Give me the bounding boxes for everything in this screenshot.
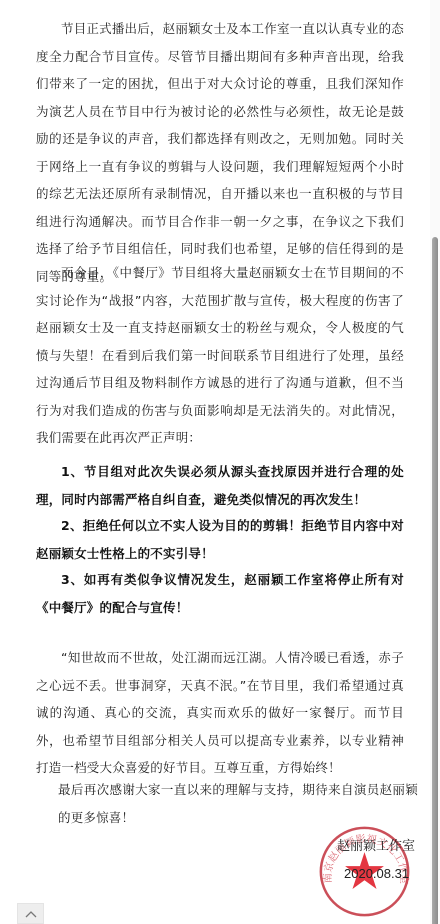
signature-date: 2020.08.31 [344,866,409,881]
statement-item-1: 1、节目组对此次失误必须从源头查找原因并进行合理的处理，同时内部需严格自纠自查，… [36,458,404,513]
vertical-scrollbar[interactable] [430,0,440,924]
chevron-up-icon [25,910,37,918]
statement-document: 节目正式播出后，赵丽颖女士及本工作室一直以认真专业的态度全力配合节目宣传。尽管节… [0,0,430,924]
statement-item-3: 3、如再有类似争议情况发生，赵丽颖工作室将停止所有对《中餐厅》的配合与宣传！ [36,566,404,621]
back-to-top-button[interactable] [17,903,44,924]
scrollbar-thumb[interactable] [432,237,438,924]
statement-item-2: 2、拒绝任何以立不实人设为目的的剪辑！拒绝节目内容中对赵丽颖女士性格上的不实引导… [36,512,404,567]
paragraph-incident: 而今日，《中餐厅》节目组将大量赵丽颖女士在节目期间的不实讨论作为“战报”内容，大… [36,259,404,452]
paragraph-intro: 节目正式播出后，赵丽颖女士及本工作室一直以认真专业的态度全力配合节目宣传。尽管节… [36,15,404,290]
paragraph-quote: “知世故而不世故，处江湖而远江湖。人情冷暖已看透，赤子之心远不丢。世事洞穿，天真… [36,644,404,782]
signature-name: 赵丽颖工作室 [337,835,415,854]
